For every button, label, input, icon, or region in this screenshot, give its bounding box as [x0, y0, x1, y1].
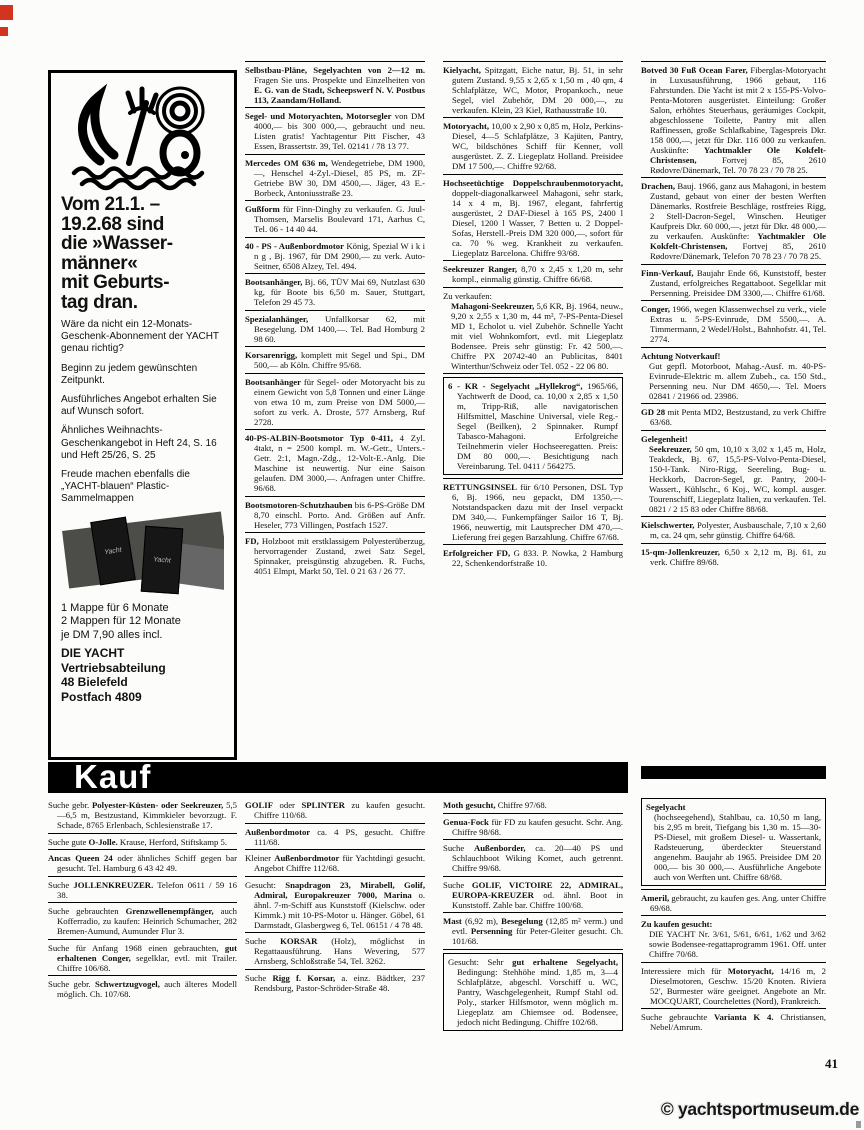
- classified-ad: RETTUNGSINSEL für 6/10 Personen, DSL Typ…: [443, 482, 623, 542]
- ad-text: (hochseegehend), Stahlbau, ca. 10,50 m l…: [646, 812, 821, 882]
- kauf-section-banner: Kauf: [48, 762, 628, 793]
- headline-line: mit Geburts-: [61, 273, 224, 293]
- paragraph: Beginn zu jedem gewünschten Zeitpunkt.: [61, 363, 224, 387]
- classified-ad: Seekreuzer Ranger, 8,70 x 2,45 x 1,20 m,…: [443, 264, 623, 284]
- separator-rule: [641, 915, 826, 916]
- classified-ad: Suche gebrauchte Varianta K 4. Christian…: [641, 1012, 826, 1032]
- ad-text: Moth gesucht, Chiffre 97/68.: [443, 800, 623, 810]
- sale-column-2: Kielyacht, Spitzgatt, Eiche natur, Bj. 5…: [443, 58, 623, 761]
- separator-rule: [245, 429, 425, 430]
- separator-rule: [641, 516, 826, 517]
- classified-ad: Ancas Queen 24 oder ähnliches Schiff geg…: [48, 853, 237, 873]
- ad-text: Genua-Fock für FD zu kaufen gesucht. Sch…: [443, 817, 623, 837]
- ad-text: Seekreuzer Ranger, 8,70 x 2,45 x 1,20 m,…: [443, 264, 623, 284]
- kauf-section-banner-right: [641, 766, 826, 779]
- classified-ad: Suche gute O-Jolle. Krause, Herford, Sti…: [48, 837, 237, 847]
- classified-ad: Mast (6,92 m), Besegelung (12,85 m² verm…: [443, 916, 623, 946]
- classified-ad: 40-PS-ALBIN-Bootsmotor Typ 0-411, 4 Zyl.…: [245, 433, 425, 493]
- ad-text: Selbstbau-Pläne, Segelyachten von 2—12 m…: [245, 65, 425, 105]
- ad-text: GD 28 mit Penta MD2, Bestzustand, zu ver…: [641, 407, 826, 427]
- ad-heading: Zu kaufen gesucht:: [641, 919, 826, 929]
- ad-text: Segel- und Motoryachten, Motorsegler von…: [245, 111, 425, 151]
- classified-ad: Suche für Anfang 1968 einen gebrauchten,…: [48, 943, 237, 973]
- separator-rule: [443, 174, 623, 175]
- address-line: Vertriebsabteilung: [61, 661, 224, 676]
- ad-text: 6 - KR - Segelyacht „Hyllekrog“, 1965/66…: [448, 381, 618, 471]
- classified-ad: Gesucht: Snapdragon 23, Mirabell, Golif,…: [245, 880, 425, 930]
- sale-column-3: Botved 30 Fuß Ocean Farer, Fiberglas-Mot…: [641, 58, 826, 761]
- separator-rule: [245, 532, 425, 533]
- separator-rule: [443, 260, 623, 261]
- binder: Yacht: [141, 525, 184, 593]
- paragraph: Freude machen ebenfalls die „YACHT-blaue…: [61, 469, 224, 506]
- classified-ad: Drachen, Bauj. 1966, ganz aus Mahagoni, …: [641, 181, 826, 261]
- headline-line: die »Wasser-: [61, 234, 224, 254]
- ad-text: Motoryacht, 10,00 x 2,90 x 0,85 m, Holz,…: [443, 121, 623, 171]
- classified-ad: FD, Holzboot mit erstklassigem Polyester…: [245, 536, 425, 576]
- offer-line: 2 Mappen für 12 Monate: [61, 615, 224, 629]
- separator-rule: [443, 839, 623, 840]
- classified-ad: Suche Außenborder, ca. 20—40 PS und Schl…: [443, 843, 623, 873]
- offer-line: je DM 7,90 alles incl.: [61, 629, 224, 643]
- ad-text: Suche Außenborder, ca. 20—40 PS und Schl…: [443, 843, 623, 873]
- ad-text: Spezialanhänger, Unfallkorsar 62, mit Be…: [245, 314, 425, 344]
- ad-text: Kielschwerter, Polyester, Ausbauschale, …: [641, 520, 826, 540]
- ad-text: Suche gebrauchten Grenzwellenempfänger, …: [48, 906, 237, 936]
- classified-ad: Kleiner Außenbordmotor für Yachtdingi ge…: [245, 853, 425, 873]
- separator-rule: [48, 833, 237, 834]
- classified-ad: Kielschwerter, Polyester, Ausbauschale, …: [641, 520, 826, 540]
- paragraph: Ausführliches Angebot erhalten Sie auf W…: [61, 394, 224, 418]
- separator-rule: [443, 61, 623, 62]
- sale-column-1: Selbstbau-Pläne, Segelyachten von 2—12 m…: [245, 58, 425, 761]
- separator-rule: [443, 912, 623, 913]
- kauf-column-1: Suche gebr. Polyester-Küsten- oder Seekr…: [48, 800, 237, 1068]
- page-number: 41: [790, 1056, 838, 1072]
- classified-ad: Gesucht: Sehr gut erhaltene Segelyacht, …: [443, 953, 623, 1031]
- separator-rule: [443, 876, 623, 877]
- paragraph: Ähnliches Weihnachts-Geschenkangebot in …: [61, 425, 224, 462]
- separator-rule: [443, 478, 623, 479]
- separator-rule: [245, 496, 425, 497]
- classified-ad: Motoryacht, 10,00 x 2,90 x 0,85 m, Holz,…: [443, 121, 623, 171]
- separator-rule: [245, 849, 425, 850]
- classified-ad: GOLIF oder SPLINTER zu kaufen gesucht. C…: [245, 800, 425, 820]
- classified-ad: 40 - PS - Außenbordmotor König, Spezial …: [245, 241, 425, 271]
- ad-text: Gußform für Finn-Dinghy zu verkaufen. G.…: [245, 204, 425, 234]
- kauf-column-3: Moth gesucht, Chiffre 97/68.Genua-Fock f…: [443, 800, 623, 1068]
- classified-ad: Genua-Fock für FD zu kaufen gesucht. Sch…: [443, 817, 623, 837]
- ad-text: Suche für Anfang 1968 einen gebrauchten,…: [48, 943, 237, 973]
- classified-ad: Segelyacht(hochseegehend), Stahlbau, ca.…: [641, 798, 826, 886]
- separator-rule: [48, 876, 237, 877]
- registration-mark: [856, 1121, 861, 1128]
- address-line: DIE YACHT: [61, 646, 224, 661]
- ad-text: Conger, 1966, wegen Klassenwechsel zu ve…: [641, 304, 826, 344]
- ad-text: Erfolgreicher FD, G 833. P. Nowka, 2 Ham…: [443, 548, 623, 568]
- ad-text: Suche gebrauchte Varianta K 4. Christian…: [641, 1012, 826, 1032]
- address-line: 48 Bielefeld: [61, 675, 224, 690]
- classified-ad: Mercedes OM 636 m, Wendegetriebe, DM 190…: [245, 158, 425, 198]
- separator-rule: [641, 347, 826, 348]
- ad-text: Ameril, gebraucht, zu kaufen ges. Ang. u…: [641, 893, 826, 913]
- separator-rule: [245, 273, 425, 274]
- classified-ad: Moth gesucht, Chiffre 97/68.: [443, 800, 623, 810]
- mappen-offer: 1 Mappe für 6 Monate2 Mappen für 12 Mona…: [61, 602, 224, 643]
- kauf-column-2: GOLIF oder SPLINTER zu kaufen gesucht. C…: [245, 800, 425, 1068]
- magazine-page: Vom 21.1. –19.2.68 sinddie »Wasser-männe…: [0, 0, 864, 1130]
- classified-ad: Hochseetüchtige Doppelschraubenmotoryach…: [443, 178, 623, 258]
- separator-rule: [443, 287, 623, 288]
- ad-text: Suche GOLIF, VICTOIRE 22, ADMIRAL, EUROP…: [443, 880, 623, 910]
- ad-text: Kielyacht, Spitzgatt, Eiche natur, Bj. 5…: [443, 65, 623, 115]
- classified-ad: Suche gebr. Schwertzugvogel, auch ältere…: [48, 979, 237, 999]
- separator-rule: [641, 430, 826, 431]
- folders-photo: Yacht Yacht: [61, 511, 224, 597]
- ad-text: Kleiner Außenbordmotor für Yachtdingi ge…: [245, 853, 425, 873]
- ad-text: Ancas Queen 24 oder ähnliches Schiff geg…: [48, 853, 237, 873]
- ad-text: Mercedes OM 636 m, Wendegetriebe, DM 190…: [245, 158, 425, 198]
- separator-rule: [641, 403, 826, 404]
- separator-rule: [245, 876, 425, 877]
- registration-mark: [0, 27, 8, 36]
- ad-text: GOLIF oder SPLINTER zu kaufen gesucht. C…: [245, 800, 425, 820]
- classified-ad: Zu kaufen gesucht:DIE YACHT Nr. 3/61, 5/…: [641, 919, 826, 959]
- ad-text: RETTUNGSINSEL für 6/10 Personen, DSL Typ…: [443, 482, 623, 542]
- separator-rule: [443, 813, 623, 814]
- headline-line: Vom 21.1. –: [61, 195, 224, 215]
- separator-rule: [443, 949, 623, 950]
- separator-rule: [245, 346, 425, 347]
- kauf-section-title: Kauf: [74, 762, 151, 791]
- classified-ad: Suche JOLLENKREUZER. Telefon 0611 / 59 1…: [48, 880, 237, 900]
- offer-line: 1 Mappe für 6 Monate: [61, 602, 224, 616]
- classified-ad: Erfolgreicher FD, G 833. P. Nowka, 2 Ham…: [443, 548, 623, 568]
- separator-rule: [245, 154, 425, 155]
- headline-line: tag dran.: [61, 293, 224, 313]
- separator-rule: [641, 1008, 826, 1009]
- separator-rule: [245, 969, 425, 970]
- separator-rule: [641, 177, 826, 178]
- classified-ad: Selbstbau-Pläne, Segelyachten von 2—12 m…: [245, 65, 425, 105]
- classified-ad: Zu verkaufen:Mahagoni-Seekreuzer, 5,6 KR…: [443, 291, 623, 371]
- ad-text: Bootsanhänger, Bj. 66, TÜV Mai 69, Nutzl…: [245, 277, 425, 307]
- ad-text: Korsarenrigg, komplett mit Segel und Spi…: [245, 350, 425, 370]
- headline-line: männer«: [61, 254, 224, 274]
- ad-text: Außenbordmotor ca. 4 PS, gesucht. Chiffr…: [245, 827, 425, 847]
- ad-text: Interessiere mich für Motoryacht, 14/16 …: [641, 966, 826, 1006]
- classified-ad: Ameril, gebraucht, zu kaufen ges. Ang. u…: [641, 893, 826, 913]
- address-line: Postfach 4809: [61, 690, 224, 705]
- ad-text: Mast (6,92 m), Besegelung (12,85 m² verm…: [443, 916, 623, 946]
- ad-text: Bootsanhänger für Segel- oder Motoryacht…: [245, 377, 425, 427]
- separator-rule: [48, 902, 237, 903]
- separator-rule: [641, 300, 826, 301]
- separator-rule: [641, 61, 826, 62]
- classified-ad: Gelegenheit!Seekreuzer, 50 qm, 10,10 x 3…: [641, 434, 826, 514]
- classified-ad: Außenbordmotor ca. 4 PS, gesucht. Chiffr…: [245, 827, 425, 847]
- ad-headline: Vom 21.1. –19.2.68 sinddie »Wasser-männe…: [61, 195, 224, 312]
- separator-rule: [443, 373, 623, 374]
- separator-rule: [641, 889, 826, 890]
- ad-text: Botved 30 Fuß Ocean Farer, Fiberglas-Mot…: [641, 65, 826, 175]
- separator-rule: [245, 932, 425, 933]
- registration-mark: [0, 5, 13, 20]
- separator-rule: [443, 117, 623, 118]
- ad-text: Suche gute O-Jolle. Krause, Herford, Sti…: [48, 837, 237, 847]
- ad-text: Suche Rigg f. Korsar, a. einz. Bädtker, …: [245, 973, 425, 993]
- classified-ad: Suche gebr. Polyester-Küsten- oder Seekr…: [48, 800, 237, 830]
- separator-rule: [245, 373, 425, 374]
- classified-ad: Finn-Verkauf, Baujahr Ende 66, Kunststof…: [641, 268, 826, 298]
- classified-ad: Suche GOLIF, VICTOIRE 22, ADMIRAL, EUROP…: [443, 880, 623, 910]
- classified-ad: Bootsmotoren-Schutzhauben bis 6-PS-Größe…: [245, 500, 425, 530]
- ad-text: Gesucht: Snapdragon 23, Mirabell, Golif,…: [245, 880, 425, 930]
- classified-ad: Gußform für Finn-Dinghy zu verkaufen. G.…: [245, 204, 425, 234]
- separator-rule: [641, 962, 826, 963]
- watermark: © yachtsportmuseum.de: [661, 1099, 859, 1120]
- ad-text: Gut gepfl. Motorboot, Mahag.-Ausf. m. 40…: [641, 361, 826, 401]
- ad-text: Bootsmotoren-Schutzhauben bis 6-PS-Größe…: [245, 500, 425, 530]
- ad-heading: Gelegenheit!: [641, 434, 826, 444]
- separator-rule: [48, 849, 237, 850]
- kauf-column-4: Segelyacht(hochseegehend), Stahlbau, ca.…: [641, 796, 826, 1068]
- separator-rule: [48, 975, 237, 976]
- separator-rule: [245, 107, 425, 108]
- ad-text: Suche gebr. Polyester-Küsten- oder Seekr…: [48, 800, 237, 830]
- ad-text: Suche JOLLENKREUZER. Telefon 0611 / 59 1…: [48, 880, 237, 900]
- classified-ad: Suche KORSAR (Holz), möglichst in Regatt…: [245, 936, 425, 966]
- separator-rule: [443, 544, 623, 545]
- classified-ad: Bootsanhänger, Bj. 66, TÜV Mai 69, Nutzl…: [245, 277, 425, 307]
- classified-ad: Achtung Notverkauf!Gut gepfl. Motorboot,…: [641, 351, 826, 401]
- classified-ad: Botved 30 Fuß Ocean Farer, Fiberglas-Mot…: [641, 65, 826, 175]
- ad-heading: Zu verkaufen:: [443, 291, 623, 301]
- classified-ad: GD 28 mit Penta MD2, Bestzustand, zu ver…: [641, 407, 826, 427]
- separator-rule: [245, 200, 425, 201]
- headline-line: 19.2.68 sind: [61, 215, 224, 235]
- ad-text: 40 - PS - Außenbordmotor König, Spezial …: [245, 241, 425, 271]
- classified-ad: Conger, 1966, wegen Klassenwechsel zu ve…: [641, 304, 826, 344]
- ad-text: 15-qm-Jollenkreuzer, 6,50 x 2,12 m, Bj. …: [641, 547, 826, 567]
- classified-ad: Segel- und Motoryachten, Motorsegler von…: [245, 111, 425, 151]
- subscription-ad: Vom 21.1. –19.2.68 sinddie »Wasser-männe…: [48, 70, 237, 760]
- separator-rule: [245, 237, 425, 238]
- ad-text: Finn-Verkauf, Baujahr Ende 66, Kunststof…: [641, 268, 826, 298]
- classified-ad: Kielyacht, Spitzgatt, Eiche natur, Bj. 5…: [443, 65, 623, 115]
- classified-ad: Suche Rigg f. Korsar, a. einz. Bädtker, …: [245, 973, 425, 993]
- ad-text: 40-PS-ALBIN-Bootsmotor Typ 0-411, 4 Zyl.…: [245, 433, 425, 493]
- publisher-address: DIE YACHTVertriebsabteilung48 BielefeldP…: [61, 646, 224, 704]
- ad-text: Seekreuzer, 50 qm, 10,10 x 3,02 x 1,45 m…: [641, 444, 826, 514]
- classified-ad: Suche gebrauchten Grenzwellenempfänger, …: [48, 906, 237, 936]
- classified-ad: Spezialanhänger, Unfallkorsar 62, mit Be…: [245, 314, 425, 344]
- ad-text: DIE YACHT Nr. 3/61, 5/61, 6/61, 1/62 und…: [641, 929, 826, 959]
- classified-ad: Bootsanhänger für Segel- oder Motoryacht…: [245, 377, 425, 427]
- ad-text: Suche gebr. Schwertzugvogel, auch ältere…: [48, 979, 237, 999]
- ad-text: Suche KORSAR (Holz), möglichst in Regatt…: [245, 936, 425, 966]
- ad-text: Gesucht: Sehr gut erhaltene Segelyacht, …: [448, 957, 618, 1027]
- classified-ad: 15-qm-Jollenkreuzer, 6,50 x 2,12 m, Bj. …: [641, 547, 826, 567]
- ad-text: Drachen, Bauj. 1966, ganz aus Mahagoni, …: [641, 181, 826, 261]
- ad-text: Mahagoni-Seekreuzer, 5,6 KR, Bj. 1964, n…: [443, 301, 623, 371]
- classified-ad: Korsarenrigg, komplett mit Segel und Spi…: [245, 350, 425, 370]
- classified-ad: Interessiere mich für Motoryacht, 14/16 …: [641, 966, 826, 1006]
- separator-rule: [245, 823, 425, 824]
- ad-body-paragraphs: Wäre da nicht ein 12-Monats-Geschenk-Abo…: [61, 319, 224, 506]
- separator-rule: [245, 310, 425, 311]
- ad-heading: Segelyacht: [646, 802, 821, 812]
- classified-ad: 6 - KR - Segelyacht „Hyllekrog“, 1965/66…: [443, 377, 623, 475]
- separator-rule: [641, 543, 826, 544]
- ad-text: Hochseetüchtige Doppelschraubenmotoryach…: [443, 178, 623, 258]
- separator-rule: [245, 61, 425, 62]
- paragraph: Wäre da nicht ein 12-Monats-Geschenk-Abo…: [61, 319, 224, 356]
- separator-rule: [641, 264, 826, 265]
- separator-rule: [48, 939, 237, 940]
- ad-text: FD, Holzboot mit erstklassigem Polyester…: [245, 536, 425, 576]
- ad-heading: Achtung Notverkauf!: [641, 351, 826, 361]
- waterman-trident-logo: [61, 81, 224, 193]
